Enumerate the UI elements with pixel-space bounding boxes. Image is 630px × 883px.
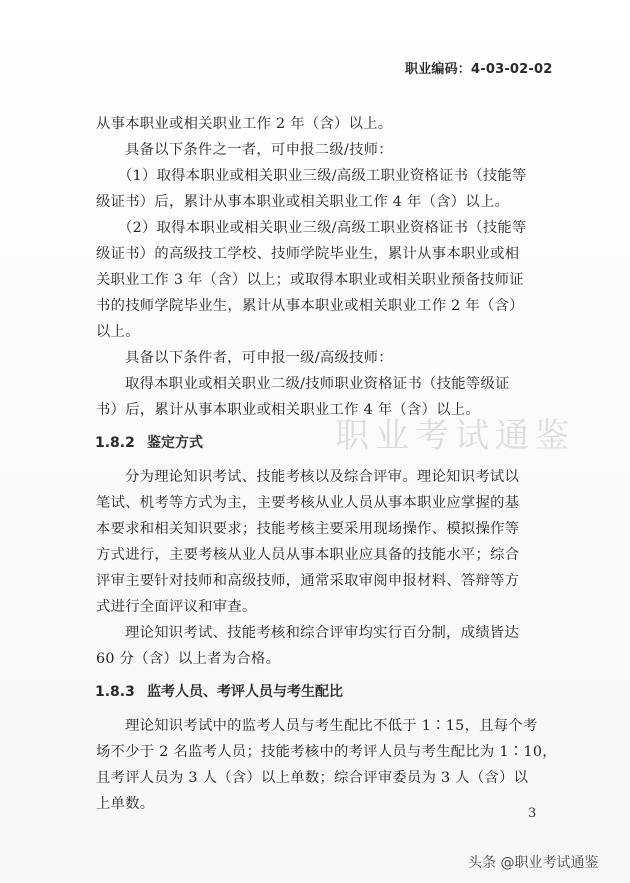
text-line: 场不少于 2 名监考人员；技能考核中的考评人员与考生配比为 1∶10， [96,741,557,761]
text-line: （2）取得本职业或相关职业三级/高级工职业资格证书（技能等 [118,217,527,237]
section-number: 1.8.3 [95,684,147,700]
watermark: 职业考试通鉴 [335,408,575,457]
section-number: 1.8.2 [95,435,147,451]
section-title: 鉴定方式 [147,435,203,451]
text-line: 60 分（含）以上者为合格。 [96,648,280,668]
text-line: 取得本职业或相关职业二级/技师职业资格证书（技能等级证 [125,373,510,393]
text-line: 以上。 [96,321,140,341]
text-line: 理论知识考试中的监考人员与考生配比不低于 1∶15，且每个考 [125,715,538,735]
text-line: （1）取得本职业或相关职业三级/高级工职业资格证书（技能等 [118,165,527,185]
text-line: 方式进行，主要考核从业人员从事本职业应具备的技能水平；综合 [96,544,519,564]
text-line: 具备以下条件之一者，可申报二级/技师： [125,139,393,159]
text-line: 级证书）后，累计从事本职业或相关职业工作 4 年（含）以上。 [96,191,509,211]
text-line: 上单数。 [96,793,154,813]
occupation-code: 职业编码：4-03-02-02 [405,58,553,77]
section-heading-1-8-3: 1.8.3监考人员、考评人员与考生配比 [95,681,343,701]
text-line: 本要求和相关知识要求；技能考核主要采用现场操作、模拟操作等 [96,518,519,538]
text-line: 级证书）的高级技工学校、技师学院毕业生，累计从事本职业或相 [96,243,519,263]
section-title: 监考人员、考评人员与考生配比 [147,684,343,700]
text-line: 理论知识考试、技能考核和综合评审均实行百分制，成绩皆达 [125,622,519,642]
text-line: 关职业工作 3 年（含）以上；或取得本职业或相关职业预备技师证 [96,269,524,289]
source-credit: 头条 @职业考试通鉴 [468,852,598,872]
section-heading-1-8-2: 1.8.2鉴定方式 [95,432,203,452]
text-line: 从事本职业或相关职业工作 2 年（含）以上。 [96,113,392,133]
text-line: 书的技师学院毕业生，累计从事本职业或相关职业工作 2 年（含） [96,295,524,315]
text-line: 评审主要针对技师和高级技师，通常采取审阅申报材料、答辩等方 [96,570,519,590]
text-line: 且考评人员为 3 人（含）以上单数；综合评审委员为 3 人（含）以 [96,767,528,787]
text-line: 具备以下条件者，可申报一级/高级技师： [125,347,393,367]
text-line: 式进行全面评议和审查。 [96,596,257,616]
text-line: 笔试、机考等方式为主，主要考核从业人员从事本职业应掌握的基 [96,492,519,512]
text-line: 分为理论知识考试、技能考核以及综合评审。理论知识考试以 [125,466,519,486]
page-number: 3 [528,806,536,821]
document-page: 职业编码：4-03-02-02 从事本职业或相关职业工作 2 年（含）以上。 具… [0,0,630,883]
